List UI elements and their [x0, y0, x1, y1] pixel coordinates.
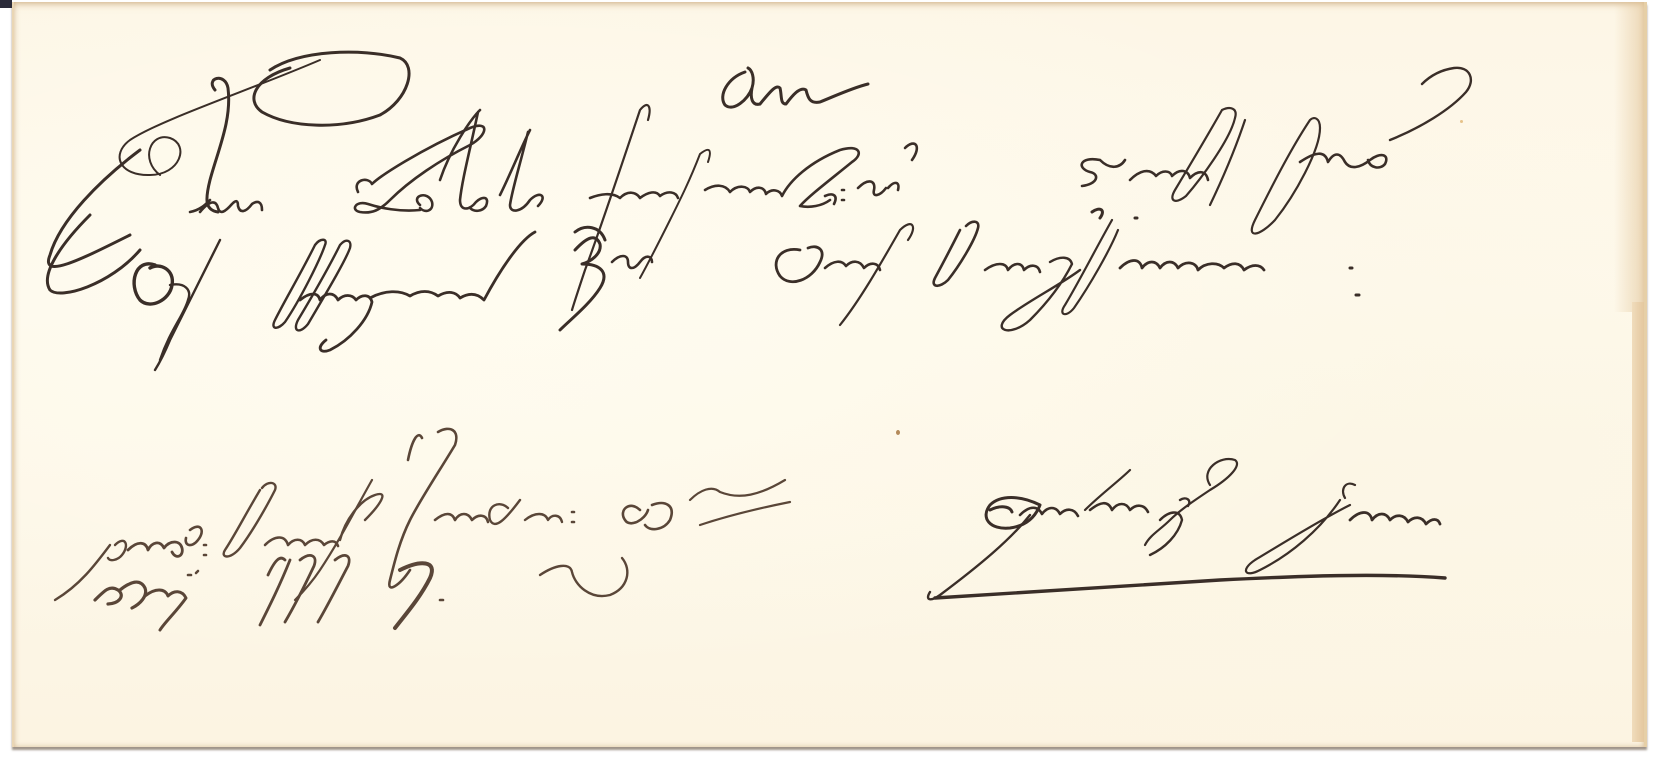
scanned-envelope: An Ein Löbl. freyherrl. v. Stadion'sches… — [0, 0, 1666, 763]
handwriting-layer — [0, 0, 1666, 763]
postmark-note — [55, 429, 790, 630]
destination-signature — [928, 459, 1445, 599]
address-line-1 — [47, 52, 1470, 310]
address-line-0-an — [723, 68, 868, 107]
address-line-2 — [134, 209, 1359, 370]
